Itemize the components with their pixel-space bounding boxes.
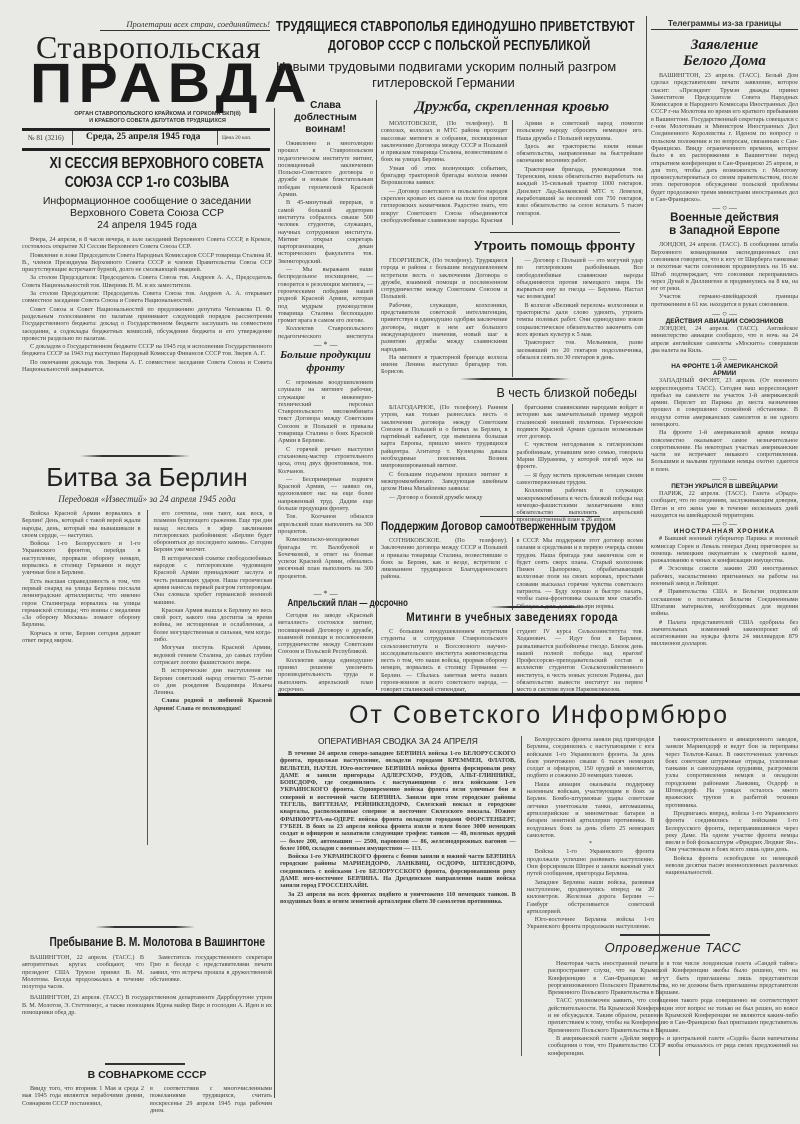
sovnarkom-title: В СОВНАРКОМЕ СССР xyxy=(22,1069,272,1081)
berlin-article: Битва за Берлин Передовая «Известий» за … xyxy=(22,462,272,845)
star-separator: * xyxy=(527,840,655,847)
masthead: Пролетарии всех стран, соединяйтесь! Ста… xyxy=(0,0,270,150)
paragraph: Тов. Колчанов обязался апрельский план в… xyxy=(278,513,373,535)
first-army-text: ЗАПАДНЫЙ ФРОНТ, 23 апреля. (От военного … xyxy=(651,377,798,473)
paragraph: МОЛОТОВСКОЕ, (По телефону). В совхозах, … xyxy=(381,120,508,164)
banner-headline-1: ТРУДЯЩИЕСЯ СТАВРОПОЛЬЯ ЕДИНОДУШНО ПРИВЕТ… xyxy=(276,18,524,35)
paragraph: — Договор советского и польского народов… xyxy=(381,188,508,224)
paragraph: Участок германо-швейцарской границы прот… xyxy=(651,293,798,308)
price: Цена 20 коп. xyxy=(222,135,252,141)
paragraph: Тракторист тов. Мельников, разве засевав… xyxy=(516,339,643,361)
friendship-article: Дружба, скрепленная кровью МОЛОТОВСКОЕ, … xyxy=(381,99,643,225)
paragraph: В колхозе «Великий перелом» колхозники и… xyxy=(516,302,643,338)
friendship-title: Дружба, скрепленная кровью xyxy=(381,99,643,116)
victory-title: В честь близкой победы xyxy=(381,386,643,400)
paragraph: Корчась в огне, Берлин сегодня держит от… xyxy=(22,630,141,645)
meetings-title: Митинги в учебных заведениях города xyxy=(397,612,628,624)
paragraph: В течение 24 апреля северо-западнее БЕРЛ… xyxy=(280,750,516,852)
glory-article: Слава доблестным воинам! Оживленно и мно… xyxy=(278,100,373,737)
berlin-col-1: Войска Красной Армии ворвались в Берлин!… xyxy=(22,510,141,845)
paragraph: Армия и советский народ помогли польском… xyxy=(516,120,643,142)
support-article: Поддержим Договор самоотверженным трудом… xyxy=(381,521,643,610)
paragraph: С огромным воодушевлением слушали на мит… xyxy=(278,379,373,445)
paragraph: Могучая поступь Красной Армии, ведомой г… xyxy=(153,644,272,666)
issue-date: Среда, 25 апреля 1945 года xyxy=(86,132,200,142)
paragraph: Войска 1-го УКРАИНСКОГО фронта с боями з… xyxy=(280,853,516,889)
paragraph: Войска фронта освободили из немецкой нев… xyxy=(665,855,798,877)
friendship-col-1: МОЛОТОВСКОЕ, (По телефону). В совхозах, … xyxy=(381,120,508,225)
glory-title-2: воинам! xyxy=(278,124,373,136)
paragraph: Западнее Берлина наши войска, развивая н… xyxy=(527,879,655,915)
paragraph: БЛАГОДАРНОЕ, (По телефону). Ранним утром… xyxy=(381,404,508,470)
session-title-2: СОЮЗА ССР 1-го СОЗЫВА xyxy=(50,173,245,192)
glory-text: Оживленно и многолюдно прошел в Ставропо… xyxy=(278,140,373,340)
sovnarkom-col-2: в соответствии с многочисленными пожелан… xyxy=(150,1085,272,1114)
paragraph: С горячей речью выступил стахановец-маст… xyxy=(278,446,373,475)
glory-title-1: Слава доблестным xyxy=(278,100,373,124)
sovinform-subtitle: ОПЕРАТИВНАЯ СВОДКА ЗА 24 АПРЕЛЯ xyxy=(280,736,516,746)
victory-col-2: братскими славянскими народами войдет в … xyxy=(516,404,643,525)
paragraph: Тракторная бригада, руководимая тов. Тер… xyxy=(516,166,643,217)
production-title-1: Больше продукции xyxy=(278,349,373,362)
session-article: XI СЕССИЯ ВЕРХОВНОГО СОВЕТА СОЮЗА ССР 1-… xyxy=(22,154,272,374)
paragraph: — Беспримерные подвиги Красной Армии, — … xyxy=(278,476,373,512)
session-title-1: XI СЕССИЯ ВЕРХОВНОГО СОВЕТА xyxy=(50,154,245,173)
petain-title: ПЕТЭН УКРЫЛСЯ В ШВЕЙЦАРИИ xyxy=(651,483,798,490)
molotov-title: Пребывание В. М. Молотова в Вашингтоне xyxy=(50,934,245,949)
paragraph: В исторические дни наступления на Берлин… xyxy=(153,667,272,696)
sovnarkom-col-1: Ввиду того, что вторник 1 Мая и среда 2 … xyxy=(22,1085,144,1114)
paragraph: Наша авиация оказывала поддержку наземны… xyxy=(527,781,655,839)
paragraph: Некоторая часть иностранной печати и в т… xyxy=(548,960,798,996)
paragraph: Коллектив рабочих и служащих межпромкомб… xyxy=(516,487,643,523)
west-europe-title-1: Военные действия xyxy=(651,212,798,225)
help-front-col-2: — Договор с Польшей — это могучий удар п… xyxy=(516,257,643,377)
meetings-col-2: студент IV курса Сельхозинститута тов. Х… xyxy=(516,628,643,694)
molotov-footer: ВАШИНГТОН, 23 апреля. (ТАСС) В государст… xyxy=(22,994,272,1016)
paragraph: На митинге в тракторной бригаде колхоза … xyxy=(381,354,508,376)
session-subtitle-2: Верховного Совета Союза ССР xyxy=(22,207,272,219)
session-subtitle-1: Информационное сообщение о заседании xyxy=(22,195,272,207)
banner-subhead-1: Новыми трудовыми подвигами ускорим полны… xyxy=(276,59,621,74)
victory-article: В честь близкой победы БЛАГОДАРНОЕ, (По … xyxy=(381,386,643,525)
paragraph: Узнав об этих волнующих событиях, бригад… xyxy=(381,165,508,187)
friendship-col-2: Армия и советский народ помогли польском… xyxy=(516,120,643,225)
paragraph: Вчера, 24 апреля, в 8 часов вечера, в за… xyxy=(22,236,272,251)
paragraph: ЗАПАДНЫЙ ФРОНТ, 23 апреля. (От военного … xyxy=(651,377,798,428)
berlin-subtitle: Передовая «Известий» за 24 апреля 1945 г… xyxy=(22,494,272,504)
molotov-article: Пребывание В. М. Молотова в Вашингтоне В… xyxy=(22,934,272,1016)
berlin-title: Битва за Берлин xyxy=(22,462,272,492)
organ-line-1: ОРГАН СТАВРОПОЛЬСКОГО КРАЙКОМА И ГОРКОМА… xyxy=(40,111,275,117)
tass-denial-article: Опровержение ТАСС Некоторая часть иностр… xyxy=(548,940,798,1058)
paragraph: Слава родной и любимой Красной Армии! Сл… xyxy=(153,697,272,712)
paragraph: За столом Председателя: Председатель Сов… xyxy=(22,274,272,289)
paragraph: С докладом о Государственном бюджете ССС… xyxy=(22,343,272,358)
paragraph: Войска 1-го Белорусского и 1-го Украинск… xyxy=(22,540,141,576)
paragraph: Юго-восточнее Берлина войска 1-го Украин… xyxy=(527,916,655,931)
paragraph: ГЕОРГИЕВСК, (По телефону). Трудящиеся го… xyxy=(381,257,508,301)
paragraph: Здесь же трактористы взяли новые обязате… xyxy=(516,143,643,165)
paragraph: В американской газете «Дейли миррор» и ц… xyxy=(548,1035,798,1057)
meetings-col-1: С большим воодушевлением встретили студе… xyxy=(381,628,508,694)
paragraph: На фронте 1-й американской армии немцы п… xyxy=(651,429,798,473)
help-front-title: Утроить помощь фронту xyxy=(381,238,643,253)
chronicle-item: # Бывший военный губернатор Парижа и вое… xyxy=(651,535,798,564)
foreign-chronicle-items: # Бывший военный губернатор Парижа и вое… xyxy=(651,535,798,647)
white-house-title-2: Белого Дома xyxy=(651,53,798,69)
paragraph: танкостроительного и авиационного заводо… xyxy=(665,736,798,809)
support-title: Поддержим Договор самоотверженным трудом xyxy=(381,521,606,533)
session-subtitle-3: 24 апреля 1945 года xyxy=(22,219,272,231)
molotov-col-2: Заместитель государственного секретаря Г… xyxy=(150,954,272,990)
paragraph: Комсомольско-молодежные бригады тт. Вало… xyxy=(278,536,373,580)
issue-number: № 81 (3216) xyxy=(28,134,64,142)
paragraph: За столом Председателя: Председатель Сов… xyxy=(22,290,272,305)
paragraph: Войска Красной Армии ворвались в Берлин!… xyxy=(22,510,141,539)
paragraph: По окончании доклада тов. Зверева А. Г. … xyxy=(22,359,272,374)
banner-subhead-2: гитлеровской Германии xyxy=(276,75,611,90)
air-actions-title: ДЕЙСТВИЯ АВИАЦИИ СОЮЗНИКОВ xyxy=(651,318,798,325)
banner-headline-2: ДОГОВОР СССР С ПОЛЬСКОЙ РЕСПУБЛИКОЙ xyxy=(328,37,550,54)
newspaper-page: Пролетарии всех стран, соединяйтесь! Ста… xyxy=(0,0,800,1124)
berlin-col-2: его сочтены, они тают, как воск, в пламе… xyxy=(153,510,272,845)
telegrams-section-label: Телеграммы из-за границы xyxy=(651,18,798,30)
production-title-2: фронту xyxy=(278,362,373,375)
paragraph: Сегодня на заводе «Красный металлист» со… xyxy=(278,612,373,656)
paragraph: ТАСС уполномочен заявить, что сообщения … xyxy=(548,997,798,1033)
chronicle-item: # Правительства США и Бельгии подписали … xyxy=(651,588,798,617)
paragraph: Белорусского фронта заняли ряд пригородо… xyxy=(527,736,655,780)
paragraph: его сочтены, они тают, как воск, в пламе… xyxy=(153,510,272,554)
paragraph: Совет Союза и Совет Национальностей по п… xyxy=(22,306,272,342)
organ-line-2: И КРАЕВОГО СОВЕТА ДЕПУТАТОВ ТРУДЯЩИХСЯ xyxy=(40,118,275,124)
paragraph: В исторической схватке свободолюбивых на… xyxy=(153,555,272,606)
paragraph: Коллектив Ставропольского педагогическог… xyxy=(278,325,373,340)
chronicle-item: # Палата представителей США одобрила без… xyxy=(651,619,798,648)
paragraph: Рабочие, служащие, колхозники, представи… xyxy=(381,302,508,353)
chronicle-item: # Эсэсовцы сожгли заживо 200 иностранных… xyxy=(651,565,798,587)
paragraph: Есть высшая справедливость в том, что пе… xyxy=(22,578,141,629)
tass-denial-title: Опровержение ТАСС xyxy=(548,940,798,955)
white-house-title-1: Заявление xyxy=(651,37,798,53)
sovinform-title: От Советского Информбюро xyxy=(280,700,798,730)
sovnarkom-article: В СОВНАРКОМЕ СССР Ввиду того, что вторни… xyxy=(22,1069,272,1114)
paragraph: За 23 апреля на всех фронтах подбито и у… xyxy=(280,891,516,906)
paragraph: Оживленно и многолюдно прошел в Ставропо… xyxy=(278,140,373,198)
west-europe-title-2: в Западной Европе xyxy=(651,225,798,238)
paragraph: — Мы выражаем наше беспредельное восхище… xyxy=(278,266,373,324)
paragraph: — Договор с Польшей — это могучий удар п… xyxy=(516,257,643,301)
tass-denial-text: Некоторая часть иностранной печати и в т… xyxy=(548,960,798,1057)
west-europe-text: ЛОНДОН, 24 апреля. (ТАСС). В сообщении ш… xyxy=(651,241,798,308)
help-front-col-1: ГЕОРГИЕВСК, (По телефону). Трудящиеся го… xyxy=(381,257,508,377)
sovinform-col-3: танкостроительного и авиационного заводо… xyxy=(665,736,798,954)
support-col-2: в СССР. Мы поддержим этот договор всеми … xyxy=(516,537,643,610)
petain-text: ПАРИЖ, 22 апреля. (ТАСС). Газета «Орадо»… xyxy=(651,490,798,519)
paragraph: — Договор о боевой дружбе между xyxy=(381,494,508,501)
molotov-col-1: ВАШИНГТОН, 22 апреля. (ТАСС.) В авторите… xyxy=(22,954,144,990)
paragraph: Красная Армия вышла к Берлину во весь св… xyxy=(153,607,272,643)
foreign-chronicle-title: ИНОСТРАННАЯ ХРОНИКА xyxy=(651,528,798,535)
air-actions-text: ЛОНДОН, 24 апреля. (ТАСС). Английское ми… xyxy=(651,325,798,354)
paragraph: ЛОНДОН, 24 апреля. (ТАСС). В сообщении ш… xyxy=(651,241,798,292)
session-text: Вчера, 24 апреля, в 8 часов вечера, в за… xyxy=(22,236,272,373)
paragraph: Появление в ложе Председателя Совета Нар… xyxy=(22,252,272,274)
paragraph: Продвигаясь вперед, войска 1-го Украинск… xyxy=(665,810,798,854)
paragraph: В 45-минутный перерыв, в самой большой а… xyxy=(278,199,373,265)
paragraph: — Я буду мстить проклятым немцам своим с… xyxy=(516,472,643,487)
banner: ТРУДЯЩИЕСЯ СТАВРОПОЛЬЯ ЕДИНОДУШНО ПРИВЕТ… xyxy=(276,18,611,108)
victory-col-1: БЛАГОДАРНОЕ, (По телефону). Ранним утром… xyxy=(381,404,508,525)
paragraph: Войска 1-го Украинского фронта продолжал… xyxy=(527,848,655,877)
paragraph: С чувством негодования к гитлеровским ра… xyxy=(516,441,643,470)
sovinform-col-1: В течение 24 апреля северо-западнее БЕРЛ… xyxy=(280,750,516,1000)
first-army-title-1: НА ФРОНТЕ 1-Й АМЕРИКАНСКОЙ xyxy=(651,363,798,370)
newspaper-title-main: ПРАВДА xyxy=(30,54,282,112)
production-text: С огромным воодушевлением слушали на мит… xyxy=(278,379,373,589)
white-house-text: ВАШИНГТОН, 23 апреля. (ТАСС). Белый Дом … xyxy=(651,72,798,203)
paragraph: братскими славянскими народами войдет в … xyxy=(516,404,643,440)
right-column: Телеграммы из-за границы Заявление Белог… xyxy=(651,18,798,649)
support-col-1: СОТНИКОВСКОЕ. (По телефону). Заключению … xyxy=(381,537,508,610)
paragraph: С большим подъемом прошел митинг в межпр… xyxy=(381,471,508,493)
paragraph: Коллектив завода единодушно принял решен… xyxy=(278,657,373,693)
april-plan-title: Апрельский план — досрочно xyxy=(288,598,364,609)
meetings-article: Митинги в учебных заведениях города С бо… xyxy=(381,612,643,694)
help-front-article: Утроить помощь фронту ГЕОРГИЕВСК, (По те… xyxy=(381,238,643,377)
